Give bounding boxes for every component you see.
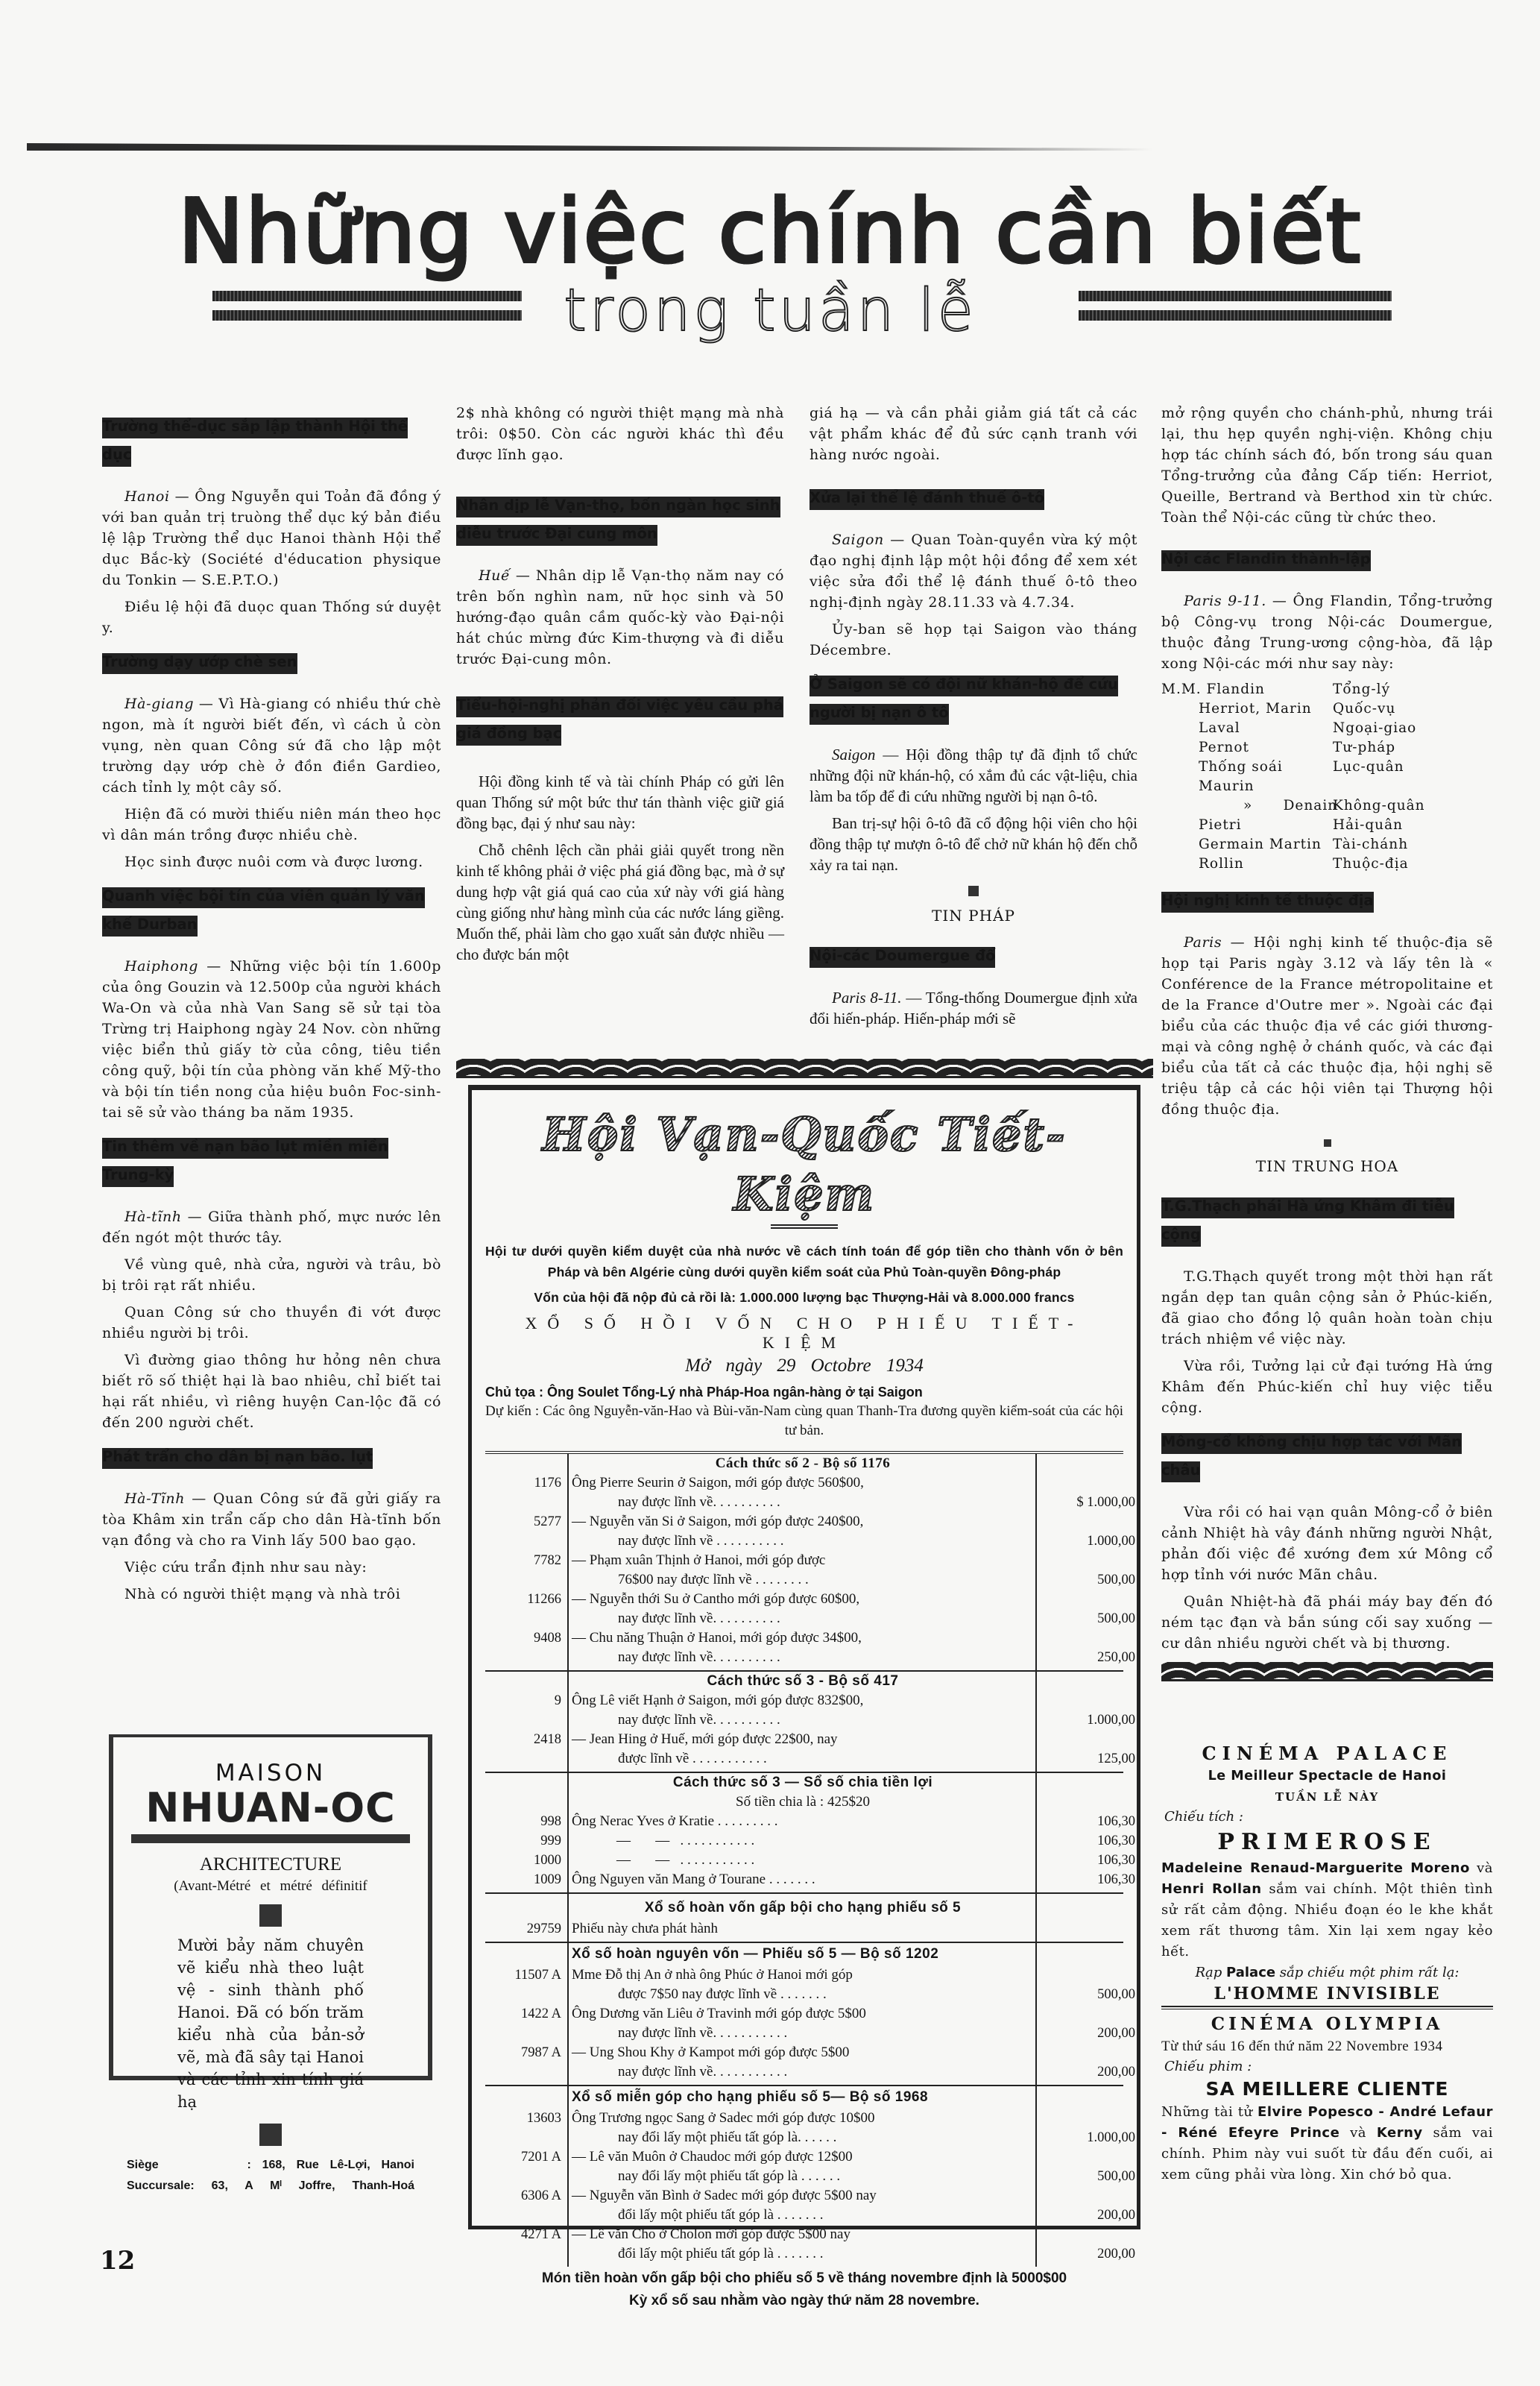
amounts: 106,30 106,30 106,30 106,30	[1037, 1773, 1146, 1892]
ad-kicker: MAISON	[127, 1760, 414, 1787]
winner-entry: — Lê văn Cho ở Cholon mới góp được 5$00 …	[572, 2225, 1034, 2264]
section-title: Cách thức số 2 - Bộ số 1176	[572, 1454, 1034, 1473]
ticket-number: 1422 A	[485, 2004, 561, 2043]
ticket-numbers: 1176 5277 7782 11266 9408	[485, 1454, 569, 1670]
winner-entry: Ông Trương ngọc Sang ở Sadec mới góp đượ…	[572, 2109, 1034, 2147]
spacer	[485, 1773, 561, 1812]
article-paragraph: Hanoi — Ông Nguyễn qui Toản đã đồng ý vớ…	[102, 486, 441, 591]
cinema-tagline: Le Meilleur Spectacle de Hanoi	[1161, 1766, 1493, 1787]
winner-entry: Ông Nerac Yves ở Kratie . . . . . . . . …	[572, 1812, 1034, 1831]
payout-amount: 125,00	[1037, 1730, 1135, 1769]
ticket-number: 998	[485, 1812, 561, 1831]
page-header: Những việc chính cần biết trong tuần lễ	[0, 186, 1540, 337]
article-paragraph: Vừa rồi có hai vạn quân Mông-cổ ở biên c…	[1161, 1502, 1493, 1585]
article-paragraph: Vừa rồi, Tưởng lại cử đại tướng Hà ứng K…	[1161, 1356, 1493, 1418]
page-subtitle-row: trong tuần lễ	[0, 277, 1540, 337]
spacer	[1037, 1672, 1135, 1691]
article-paragraph: Saigon — Quan Toàn-quyền vừa ký một đạo …	[810, 529, 1137, 613]
entry-line: — Nguyễn văn Si ở Saigon, mới góp được 2…	[572, 1514, 863, 1529]
brand-underline-bar	[131, 1834, 410, 1843]
minister-name: Germain Martin	[1161, 835, 1333, 854]
ticket-number: 6306 A	[485, 2186, 561, 2225]
wavy-divider	[1161, 1662, 1493, 1681]
ad-service-detail: (Avant-Métré et métré définitif	[127, 1876, 414, 1897]
minister-name: Pietri	[1161, 816, 1333, 835]
column-2: 2$ nhà không có người thiệt mạng mà nhà …	[456, 403, 784, 971]
ticket-number: 4271 A	[485, 2225, 561, 2264]
entry-line: — Nguyễn văn Bình ở Sadec mới góp được 5…	[572, 2188, 877, 2203]
ticket-number: 1000	[485, 1851, 561, 1870]
entry-line: — Jean Hing ở Huế, mới góp được 22$00, n…	[572, 1731, 838, 1747]
winner-entry: — Nguyễn văn Bình ở Sadec mới góp được 5…	[572, 2186, 1034, 2225]
minister-post: Ngoại-giao	[1333, 719, 1493, 738]
text: Palace	[1226, 1965, 1275, 1980]
article-paragraph: Paris 8-11. — Tổng-thống Doumergue định …	[810, 987, 1137, 1029]
decorative-double-bar	[1079, 291, 1392, 321]
article-paragraph: Học sinh được nuôi cơm và được lương.	[102, 852, 441, 872]
winner-entry: — — . . . . . . . . . . .	[572, 1851, 1034, 1870]
ad-witness: Dự kiến : Các ông Nguyễn-văn-Hao và Bùi-…	[485, 1402, 1123, 1441]
article-paragraph: Quân Nhiệt-hà đã phái máy bay đến đó ném…	[1161, 1591, 1493, 1654]
amounts: 500,00 200,00 200,00	[1037, 1943, 1146, 2085]
cinema-week-label: TUẦN LỄ NÀY	[1161, 1787, 1493, 1807]
article-paragraph: Hội đồng kinh tế và tài chính Pháp có gử…	[456, 771, 784, 834]
ticket-number: 1009	[485, 1870, 561, 1889]
section-subtitle: Số tiền chia là : 425$20	[572, 1792, 1034, 1812]
dateline: Haiphong	[124, 958, 198, 975]
article-paragraph: Ủy-ban sẽ họp tại Saigon vào tháng Décem…	[810, 619, 1137, 661]
title-underline	[771, 1224, 838, 1229]
entry-line: Ông Lê viết Hạnh ở Saigon, mới góp được …	[572, 1693, 863, 1708]
page-title: Những việc chính cần biết	[0, 186, 1540, 276]
entry-line: nay được lĩnh về. . . . . . . . . .	[572, 1609, 1034, 1628]
entry-line: nay được lĩnh về. . . . . . . . . .	[572, 1493, 1034, 1512]
cinema-name: CINÉMA OLYMPIA	[1161, 2012, 1493, 2036]
lottery-results-table: 1176 5277 7782 11266 9408 Cách thức số 2…	[485, 1451, 1123, 2267]
ticket-number: 7782	[485, 1551, 561, 1590]
ticket-numbers: 998 999 1000 1009	[485, 1773, 569, 1892]
ad-date: Mở ngày 29 Octobre 1934	[485, 1356, 1123, 1376]
ad-footer-note: Món tiền hoàn vốn gấp bội cho phiếu số 5…	[485, 2268, 1123, 2289]
entry-line: nay đổi lấy một phiếu tất góp là. . . . …	[572, 2128, 1034, 2147]
article-headline: Xửa lại thể lệ đánh thuế ô-tô	[810, 489, 1044, 510]
section-title: Cách thức số 3 — Sổ số chia tiền lợi	[572, 1773, 1034, 1792]
winners: Xổ số hoàn vốn gấp bội cho hạng phiếu số…	[569, 1894, 1037, 1942]
ticket-number: 2418	[485, 1730, 561, 1769]
article-paragraph: Hà-Tĩnh — Quan Công sứ đã gửi giấy ra tò…	[102, 1488, 441, 1551]
article-paragraph: Saigon — Hội đồng thập tự đã định tổ chứ…	[810, 744, 1137, 807]
page-subtitle: trong tuần lễ	[564, 277, 976, 344]
payout-amount: 250,00	[1037, 1628, 1135, 1667]
ornament-square	[259, 2124, 282, 2146]
article-headline: Tiểu-hội-nghị phản đối việc yêu cầu phá …	[456, 696, 783, 746]
ticket-number: 5277	[485, 1512, 561, 1551]
dateline: Hà-tĩnh	[124, 1209, 182, 1225]
payout-amount: 200,00	[1037, 2004, 1135, 2043]
cinema-name: CINÉMA PALACE	[1161, 1742, 1493, 1766]
decorative-double-bar	[212, 291, 522, 321]
ticket-number: 7201 A	[485, 2147, 561, 2186]
winner-entry: — Chu năng Thuận ở Hanoi, mới góp được 3…	[572, 1628, 1034, 1667]
entry-line: đổi lấy một phiếu tất góp là . . . . . .…	[572, 2244, 1034, 2264]
article-headline: Trường dạy ướp chè sen	[102, 653, 297, 674]
ad-intro: Hội tư dưới quyền kiểm duyệt của nhà nướ…	[485, 1241, 1123, 1282]
dateline: Hà-Tĩnh	[124, 1491, 185, 1507]
spacer	[1037, 1943, 1135, 1965]
payout-amount: 500,00	[1037, 2147, 1135, 2186]
winner-entry: Mme Đỗ thị An ở nhà ông Phúc ở Hanoi mới…	[572, 1965, 1034, 2004]
winners: Cách thức số 2 - Bộ số 1176 Ông Pierre S…	[569, 1454, 1037, 1670]
ad-title: Hội Vạn-Quốc Tiết-Kiệm	[485, 1105, 1123, 1224]
entry-line: Mme Đỗ thị An ở nhà ông Phúc ở Hanoi mới…	[572, 1967, 853, 1983]
ad-caption: XỔ SỐ HỒI VỐN CHO PHIẾU TIẾT-KIỆM	[485, 1314, 1123, 1353]
cast: Madeleine Renaud-Marguerite Moreno	[1161, 1860, 1470, 1876]
article-paragraph: Paris — Hội nghị kinh tế thuộc-địa sẽ họ…	[1161, 932, 1493, 1120]
ad-chair: Chủ tọa : Ông Soulet Tổng-Lý nhà Pháp-Ho…	[485, 1382, 1123, 1402]
winners: Cách thức số 3 — Sổ số chia tiền lợi Số …	[569, 1773, 1037, 1892]
section-title: Xổ số hoàn vốn gấp bội cho hạng phiếu số…	[572, 1894, 1034, 1919]
dateline: Hanoi	[124, 488, 170, 505]
minister-name: Herriot, Marin	[1161, 699, 1333, 719]
dateline: Hà-giang	[124, 696, 194, 712]
entry-line: nay được lĩnh về . . . . . . . . . .	[572, 1532, 1034, 1551]
amounts: 1.000,00 500,00 200,00 200,00	[1037, 2086, 1146, 2267]
payout-amount: 1.000,00	[1037, 2109, 1135, 2147]
minister-post: Thuộc-địa	[1333, 854, 1493, 874]
spacer	[1037, 1454, 1135, 1473]
text: Những tài tử	[1161, 2104, 1257, 2120]
section-title: Cách thức số 3 - Bộ số 417	[572, 1672, 1034, 1691]
article-headline: Nhân dịp lễ Vạn-thọ, bốn ngàn học sinh d…	[456, 497, 780, 546]
showing-label: Chiếu tích :	[1161, 1807, 1493, 1827]
payout-amount: 106,30	[1037, 1851, 1135, 1870]
value: Ông Soulet Tổng-Lý nhà Pháp-Hoa ngân-hàn…	[547, 1385, 923, 1400]
entry-line: nay được lĩnh về. . . . . . . . . .	[572, 1648, 1034, 1667]
article-paragraph: Paris 9-11. — Ông Flandin, Tổng-trưởng b…	[1161, 591, 1493, 674]
entry-line: nay được lĩnh về. . . . . . . . . .	[572, 1710, 1034, 1730]
results-section: 9 2418 Cách thức số 3 - Bộ số 417 Ông Lê…	[485, 1672, 1123, 1773]
entry-line: được lĩnh về . . . . . . . . . . .	[572, 1749, 1034, 1769]
winner-entry: Phiếu này chưa phát hành	[572, 1919, 1034, 1939]
architecture-advertisement: MAISON NHUAN-OC ARCHITECTURE (Avant-Métr…	[109, 1734, 432, 2080]
coming-soon: Rạp Palace sắp chiếu một phim rất lạ:	[1161, 1962, 1493, 1983]
minister-post: Lục-quân	[1333, 758, 1493, 796]
article-text: — Những việc bội tín 1.600p của ông Gouz…	[102, 958, 441, 1121]
spacer	[1037, 2086, 1135, 2109]
ticket-number: 29759	[485, 1919, 561, 1939]
ad-capital: Vốn của hội đã nộp đủ cả rồi là: 1.000.0…	[485, 1287, 1123, 1308]
article-paragraph: Nhà có người thiệt mạng và nhà trôi	[102, 1584, 441, 1605]
text: sắp chiếu một phim rất lạ:	[1275, 1965, 1459, 1980]
section-divider-square	[968, 886, 979, 896]
winner-entry: — Nguyễn văn Si ở Saigon, mới góp được 2…	[572, 1512, 1034, 1551]
coming-movie-title: L'HOMME INVISIBLE	[1161, 1983, 1493, 2004]
dateline: Paris	[1184, 934, 1222, 951]
section-title: Xổ số miễn góp cho hạng phiếu số 5— Bộ s…	[572, 2086, 1034, 2109]
entry-line: đổi lấy một phiếu tất góp là . . . . . .…	[572, 2206, 1034, 2225]
section-heading: TIN TRUNG HOA	[1161, 1157, 1493, 1175]
ticket-numbers: 11507 A 1422 A 7987 A	[485, 1943, 569, 2085]
article-paragraph: Huế — Nhân dịp lễ Vạn-thọ năm nay có trê…	[456, 565, 784, 670]
article-paragraph: 2$ nhà không có người thiệt mạng mà nhà …	[456, 403, 784, 465]
minister-post: Tổng-lý	[1333, 680, 1493, 699]
entry-line: — Ung Shou Khy ở Kampot mới góp được 5$0…	[572, 2045, 849, 2060]
ticket-number: 11266	[485, 1590, 561, 1628]
entry-line: nay được lĩnh về. . . . . . . . . . .	[572, 2024, 1034, 2043]
winners: Xổ số hoàn nguyên vốn — Phiếu số 5 — Bộ …	[569, 1943, 1037, 2085]
entry-line: — Lê văn Cho ở Cholon mới góp được 5$00 …	[572, 2226, 851, 2242]
ticket-number: 7987 A	[485, 2043, 561, 2082]
winner-entry: — Phạm xuân Thịnh ở Hanoi, mới góp được7…	[572, 1551, 1034, 1590]
ad-brand-name: NHUAN-OC	[127, 1787, 414, 1830]
movie-description: Những tài tử Elvire Popesco - André Lefa…	[1161, 2102, 1493, 2185]
winner-entry: — Jean Hing ở Huế, mới góp được 22$00, n…	[572, 1730, 1034, 1769]
top-rule	[27, 143, 1152, 151]
ticket-numbers: 9 2418	[485, 1672, 569, 1772]
minister-post: Không-quân	[1333, 796, 1493, 816]
winners: Xổ số miễn góp cho hạng phiếu số 5— Bộ s…	[569, 2086, 1037, 2267]
cinema-listings: CINÉMA PALACE Le Meilleur Spectacle de H…	[1161, 1742, 1493, 2185]
ticket-number: 13603	[485, 2109, 561, 2147]
entry-line: nay đổi lấy một phiếu tất góp là . . . .…	[572, 2167, 1034, 2186]
article-paragraph: Haiphong — Những việc bội tín 1.600p của…	[102, 956, 441, 1123]
spacer	[485, 2086, 561, 2109]
minister-name: Thống soái Maurin	[1161, 758, 1333, 796]
minister-name: M.M. Flandin	[1161, 680, 1333, 699]
movie-title: PRIMEROSE	[1161, 1827, 1493, 1858]
spacer	[485, 1454, 561, 1473]
winner-entry: — — . . . . . . . . . . .	[572, 1831, 1034, 1851]
article-headline: Tin thêm về nạn bão lụt miền miền Trung-…	[102, 1138, 388, 1187]
showing-label: Chiếu phim :	[1161, 2057, 1493, 2077]
ticket-numbers: 13603 7201 A 6306 A 4271 A	[485, 2086, 569, 2267]
payout-amount: 200,00	[1037, 2186, 1135, 2225]
ad-address-headquarters: Siège : 168, Rue Lê-Lợi, Hanoi	[127, 2155, 414, 2176]
spacer	[1037, 1773, 1135, 1812]
winner-entry: — Ung Shou Khy ở Kampot mới góp được 5$0…	[572, 2043, 1034, 2082]
payout-amount: 106,30	[1037, 1812, 1135, 1831]
winner-entry: Ông Dương văn Liêu ở Travinh mới góp đượ…	[572, 2004, 1034, 2043]
ad-footer-next-draw: Kỳ xổ số sau nhằm vào ngày thứ năm 28 no…	[485, 2291, 1123, 2311]
article-paragraph: Quan Công sứ cho thuyền đi vớt được nhiề…	[102, 1302, 441, 1344]
movie-description: Madeleine Renaud-Marguerite Moreno và He…	[1161, 1858, 1493, 1962]
results-section: 13603 7201 A 6306 A 4271 A Xổ số miễn gó…	[485, 2086, 1123, 2267]
entry-line: Ông Pierre Seurin ở Saigon, mới góp được…	[572, 1475, 864, 1491]
minister-post: Quốc-vụ	[1333, 699, 1493, 719]
article-headline: Ở Saigon sẽ có đội nữ khán-hộ để cứu ngư…	[810, 676, 1118, 725]
entry-line: — Phạm xuân Thịnh ở Hanoi, mới góp được	[572, 1552, 825, 1568]
entry-line: Ông Trương ngọc Sang ở Sadec mới góp đượ…	[572, 2110, 874, 2126]
text: Rạp	[1195, 1965, 1226, 1980]
dateline: Huế	[479, 567, 510, 584]
ticket-numbers: 29759	[485, 1894, 569, 1942]
payout-amount: 500,00	[1037, 1965, 1135, 2004]
ornament-square	[259, 1904, 282, 1927]
article-paragraph: Hiện đã có mười thiếu niên mán theo học …	[102, 804, 441, 846]
ticket-number: 1176	[485, 1473, 561, 1512]
winner-entry: Ông Lê viết Hạnh ở Saigon, mới góp được …	[572, 1691, 1034, 1730]
article-headline: Phát trẩn cho dân bị nạn bão. lụt	[102, 1448, 373, 1469]
dateline: Saigon	[832, 746, 875, 764]
entry-line: được 7$50 nay được lĩnh về . . . . . . .	[572, 1985, 1034, 2004]
winner-entry: Ông Pierre Seurin ở Saigon, mới góp được…	[572, 1473, 1034, 1512]
results-section: 29759 Xổ số hoàn vốn gấp bội cho hạng ph…	[485, 1894, 1123, 1943]
article-paragraph: Điều lệ hội đã duọc quan Thống sứ duyệt …	[102, 596, 441, 638]
spacer	[485, 1672, 561, 1691]
amounts	[1037, 1894, 1146, 1942]
amounts: 1.000,00 125,00	[1037, 1672, 1146, 1772]
payout-amount: 1.000,00	[1037, 1512, 1135, 1551]
column-3: giá hạ — và cần phải giảm giá tất cả các…	[810, 403, 1137, 1035]
article-paragraph: mở rộng quyền cho chánh-phủ, nhưng trái …	[1161, 403, 1493, 528]
dateline: Saigon	[832, 532, 884, 548]
article-paragraph: Ban trị-sự hội ô-tô đã cổ động hội viên …	[810, 813, 1137, 875]
minister-post: Hải-quân	[1333, 816, 1493, 835]
dateline: Paris 8-11.	[832, 989, 902, 1007]
payout-amount: 106,30	[1037, 1831, 1135, 1851]
cast: Kerny	[1377, 2125, 1423, 2141]
entry-line: Ông Dương văn Liêu ở Travinh mới góp đượ…	[572, 2006, 866, 2021]
minister-post: Tài-chánh	[1333, 835, 1493, 854]
cast: Henri Rollan	[1161, 1881, 1262, 1897]
payout-amount: $ 1.000,00	[1037, 1473, 1135, 1512]
article-paragraph: Hà-giang — Vì Hà-giang có nhiều thứ chè …	[102, 693, 441, 798]
article-headline: Trường thể-dục sắp lập thành Hội thể dục	[102, 418, 408, 467]
text: và	[1477, 1860, 1493, 1876]
text: và	[1339, 2125, 1377, 2141]
section-divider-square	[1324, 1139, 1331, 1147]
article-headline: Nội các Flandin thành-lập	[1161, 550, 1371, 571]
winner-entry: — Lê văn Muôn ở Chaudoc mới góp được 12$…	[572, 2147, 1034, 2186]
article-paragraph: giá hạ — và cần phải giảm giá tất cả các…	[810, 403, 1137, 465]
results-section: 11507 A 1422 A 7987 A Xổ số hoàn nguyên …	[485, 1943, 1123, 2086]
ad-body: Mười bảy năm chuyên vẽ kiểu nhà theo luậ…	[177, 1934, 364, 2113]
payout-amount: 500,00	[1037, 1590, 1135, 1628]
divider	[1161, 2006, 1493, 2009]
minister-name: Rollin	[1161, 854, 1333, 874]
results-section: 1176 5277 7782 11266 9408 Cách thức số 2…	[485, 1454, 1123, 1672]
article-headline: Nội-các Doumergue đổ	[810, 947, 995, 968]
dateline: Paris 9-11.	[1184, 593, 1266, 609]
winners: Cách thức số 3 - Bộ số 417 Ông Lê viết H…	[569, 1672, 1037, 1772]
entry-line: nay được lĩnh về. . . . . . . . . . .	[572, 2062, 1034, 2082]
article-paragraph: Việc cứu trẩn định như sau này:	[102, 1557, 441, 1578]
entry-line: — Lê văn Muôn ở Chaudoc mới góp được 12$…	[572, 2149, 853, 2165]
ticket-number: 999	[485, 1831, 561, 1851]
results-section: 998 999 1000 1009 Cách thức số 3 — Sổ số…	[485, 1773, 1123, 1894]
savings-society-advertisement: Hội Vạn-Quốc Tiết-Kiệm Hội tư dưới quyền…	[468, 1085, 1140, 2229]
ad-service: ARCHITECTURE	[127, 1854, 414, 1876]
article-headline: T.G.Thạch phái Hà ứng Khâm đi tiễu cộng	[1161, 1197, 1454, 1247]
article-paragraph: Hà-tĩnh — Giữa thành phố, mực nước lên đ…	[102, 1206, 441, 1248]
article-text: — Hội nghị kinh tế thuộc-địa sẽ họp tại …	[1161, 934, 1493, 1118]
ticket-number: 11507 A	[485, 1965, 561, 2004]
wavy-divider	[456, 1059, 1153, 1078]
section-heading: TIN PHÁP	[810, 907, 1137, 925]
entry-line: — Nguyễn thới Su ở Cantho mới góp được 6…	[572, 1591, 859, 1607]
payout-amount: 1.000,00	[1037, 1691, 1135, 1730]
label: Chủ tọa :	[485, 1385, 543, 1400]
page-number: 12	[100, 2246, 135, 2276]
movie-title: SA MEILLERE CLIENTE	[1161, 2077, 1493, 2102]
section-title: Xổ số hoàn nguyên vốn — Phiếu số 5 — Bộ …	[572, 1943, 1034, 1965]
article-headline: Hội nghị kinh tế thuộc địa	[1161, 892, 1374, 913]
winner-entry: Ông Nguyen văn Mang ở Tourane . . . . . …	[572, 1870, 1034, 1889]
article-paragraph: Về vùng quê, nhà cửa, người và trâu, bò …	[102, 1254, 441, 1296]
value: Các ông Nguyễn-văn-Hao và Bùi-văn-Nam cù…	[543, 1403, 1123, 1438]
label: Dự kiến :	[485, 1403, 539, 1419]
entry-line: 76$00 nay được lĩnh về . . . . . . . .	[572, 1570, 1034, 1590]
payout-amount: 200,00	[1037, 2225, 1135, 2264]
article-headline: Quanh việc bội tín của viên quản lý văn …	[102, 887, 425, 937]
winner-entry: — Nguyễn thới Su ở Cantho mới góp được 6…	[572, 1590, 1034, 1628]
article-paragraph: Vì đường giao thông hư hỏng nên chưa biế…	[102, 1350, 441, 1433]
ticket-number: 9	[485, 1691, 561, 1730]
article-paragraph: Chỗ chênh lệch cần phải giải quyết trong…	[456, 840, 784, 965]
ticket-number: 9408	[485, 1628, 561, 1667]
minister-name: Pernot	[1161, 738, 1333, 758]
column-1: Trường thể-dục sắp lập thành Hội thể dục…	[102, 403, 441, 1611]
payout-amount: 200,00	[1037, 2043, 1135, 2082]
minister-post: Tư-pháp	[1333, 738, 1493, 758]
minister-name: » Denain	[1161, 796, 1333, 816]
column-4: mở rộng quyền cho chánh-phủ, nhưng trái …	[1161, 403, 1493, 1660]
minister-name: Laval	[1161, 719, 1333, 738]
payout-amount: 106,30	[1037, 1870, 1135, 1889]
spacer	[485, 1894, 561, 1919]
payout-amount: 500,00	[1037, 1551, 1135, 1590]
article-paragraph: T.G.Thạch quyết trong một thời hạn rất n…	[1161, 1266, 1493, 1350]
ad-address-branch: Succursale: 63, A Mˡ Joffre, Thanh-Hoá	[127, 2176, 414, 2197]
showing-dates: Từ thứ sáu 16 đến thứ năm 22 Novembre 19…	[1161, 2036, 1493, 2057]
article-headline: Mông-cổ không chịu hợp tác với Mãn châu	[1161, 1433, 1462, 1482]
cabinet-list: M.M. FlandinTổng-lý Herriot, MarinQuốc-v…	[1161, 680, 1493, 874]
entry-line: — Chu năng Thuận ở Hanoi, mới góp được 3…	[572, 1630, 862, 1646]
amounts: $ 1.000,00 1.000,00 500,00 500,00 250,00	[1037, 1454, 1146, 1670]
spacer	[485, 1943, 561, 1965]
